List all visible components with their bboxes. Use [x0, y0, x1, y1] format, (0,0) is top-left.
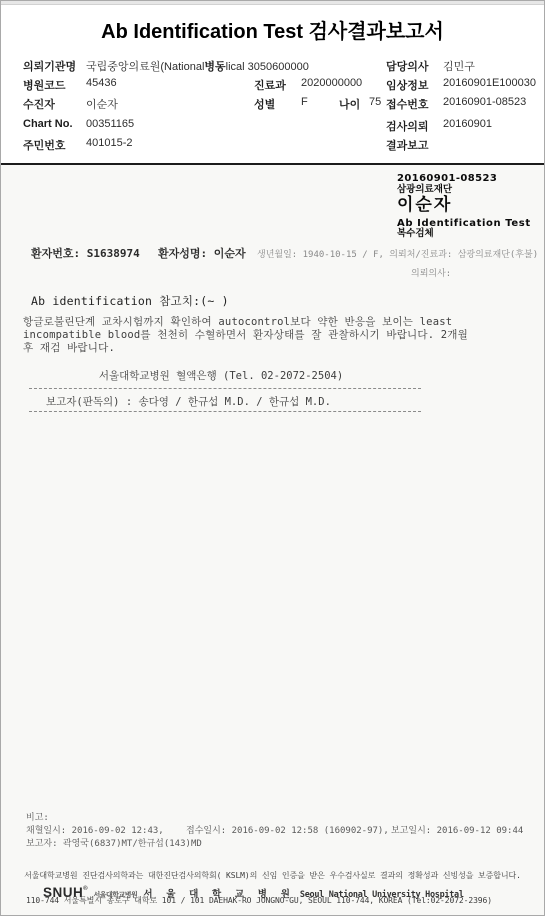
patient-number: 환자번호: S1638974	[31, 245, 140, 261]
receipt-stamp: 20160901-08523 삼광의료재단 이순자 Ab Identificat…	[397, 173, 531, 240]
reference-comment-line3: 후 재검 바랍니다.	[23, 342, 431, 355]
field-value-resident-no: 401015-2	[86, 137, 133, 149]
top-border-strip	[1, 1, 544, 5]
field-label-attending-doctor: 담당의사	[386, 58, 429, 74]
field-label-examinee: 수진자	[23, 96, 55, 112]
field-value-examinee: 이순자	[86, 96, 118, 112]
field-value-receipt-number: 20160901-08523	[443, 96, 526, 108]
reference-comment: 항글로불린단계 교차시험까지 확인하여 autocontrol보다 약한 반응을…	[23, 316, 431, 355]
remarks-label: 비고:	[26, 810, 49, 823]
page-title: Ab Identification Test 검사결과보고서	[1, 15, 544, 44]
scanned-report-area: 20160901-08523 삼광의료재단 이순자 Ab Identificat…	[1, 165, 544, 915]
reporter-readers-line: 보고자(판독의) : 송다영 / 한규섭 M.D. / 한규섭 M.D.	[46, 394, 331, 409]
field-value-department: 2020000000	[301, 77, 362, 89]
field-value-clinical-info: 20160901E100030	[443, 77, 536, 89]
stamp-multi-specimen-note: 복수검체	[397, 229, 531, 240]
dashed-separator-bottom	[29, 411, 421, 412]
field-label-resident-no: 주민번호	[23, 137, 66, 153]
field-value-hospital-code: 45436	[86, 77, 117, 89]
field-value-test-requested: 20160901	[443, 118, 492, 130]
field-value-sex: F	[301, 96, 308, 108]
report-page: Ab Identification Test 검사결과보고서 의뢰기관명 국립중…	[0, 0, 545, 916]
reporter-technologist: 보고자: 곽영국(6837)MT/한규섭(143)MD	[26, 836, 202, 849]
patient-name: 환자성명: 이순자	[158, 245, 246, 261]
field-label-requesting-org: 의뢰기관명	[23, 58, 76, 74]
reference-comment-line2: incompatible blood를 천천히 수혈하면서 환자상태를 잘 관찰…	[23, 329, 431, 342]
field-label-age: 나이	[339, 96, 360, 112]
field-label-clinical-info: 임상정보	[386, 77, 429, 93]
org-value-part2: lical 3050600000	[226, 61, 309, 73]
field-label-sex: 성별	[254, 96, 275, 112]
field-value-age: 75	[369, 96, 381, 108]
field-value-attending-doctor: 김민구	[443, 58, 475, 74]
field-label-test-requested: 검사의뢰	[386, 118, 429, 134]
field-label-hospital-code: 병원코드	[23, 77, 66, 93]
snuh-logo-registered-mark: ®	[83, 885, 87, 893]
stamp-receipt-number: 20160901-08523	[397, 173, 531, 185]
report-datetime: 보고일시: 2016-09-12 09:44	[391, 823, 523, 836]
org-value-part1: 국립중앙의료원(National	[86, 61, 204, 73]
reference-heading: Ab identification 참고치:(~ )	[31, 293, 229, 309]
field-label-department: 진료과	[254, 77, 286, 93]
field-label-chart-no: Chart No.	[23, 118, 73, 130]
reference-comment-line1: 항글로불린단계 교차시험까지 확인하여 autocontrol보다 약한 반응을…	[23, 316, 431, 329]
field-label-result-report: 결과보고	[386, 137, 429, 153]
stamp-patient-name: 이순자	[397, 196, 531, 216]
hospital-address: 110-744 서울특별시 종로구 대학로 101 / 101 DAEHAK-R…	[26, 895, 492, 906]
dashed-separator-top	[29, 388, 421, 389]
certification-statement: 서울대학교병원 진단검사의학과는 대한진단검사의학회( KSLM)의 신임 인증…	[1, 870, 544, 881]
collection-datetime: 채혈일시: 2016-09-02 12:43,	[26, 823, 164, 836]
field-value-requesting-org: 국립중앙의료원(National병동lical 3050600000	[86, 58, 309, 74]
field-label-receipt-number: 접수번호	[386, 96, 429, 112]
patient-detail: 생년월일: 1940-10-15 / F, 의뢰처/진료과: 삼광의료재단(후불…	[257, 247, 544, 260]
request-doctor-label: 의뢰의사:	[411, 266, 451, 279]
blood-bank-contact: 서울대학교병원 혈액은행 (Tel. 02-2072-2504)	[1, 368, 441, 383]
field-value-chart-no: 00351165	[86, 118, 134, 130]
receipt-datetime: 접수일시: 2016-09-02 12:58 (160902-97),	[186, 823, 389, 836]
stamp-organization: 삼광의료재단	[397, 185, 531, 196]
field-label-ward: 병동	[204, 61, 225, 73]
